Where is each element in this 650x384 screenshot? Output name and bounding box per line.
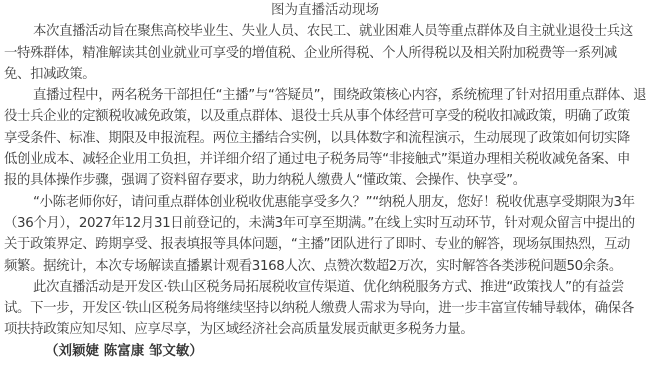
paragraph-process: 直播过程中，两名税务干部担任“主播”与“答疑员”，围绕政策核心内容，系统梳理了针… xyxy=(0,85,650,191)
paragraph-conclusion: 此次直播活动是开发区·铁山区税务局拓展税收宣传渠道、优化纳税服务方式、推进“政策… xyxy=(0,277,650,341)
text-line: 频繁。据统计，本次专场解读直播累计观看3168人次、点赞次数超2万次，实时解答各… xyxy=(0,256,650,277)
text-line: 一特殊群体，精准解读其创业就业可享受的增值税、企业所得税、个人所得税以及相关附加… xyxy=(0,43,650,64)
text-line: 役士兵企业的定额税收减免政策，以及重点群体、退役士兵从事个体经营可享受的税收扣减… xyxy=(0,106,650,127)
text-line: 报的具体操作步骤，强调了资料留存要求，助力纳税人缴费人“懂政策、会操作、快享受”… xyxy=(0,170,650,191)
article-body: 图为直播活动现场 本次直播活动旨在聚焦高校毕业生、失业人员、农民工、就业困难人员… xyxy=(0,0,650,362)
paragraph-intro: 本次直播活动旨在聚焦高校毕业生、失业人员、农民工、就业困难人员等重点群体及自主就… xyxy=(0,21,650,85)
image-caption: 图为直播活动现场 xyxy=(0,0,650,21)
text-line: 免、扣减政策。 xyxy=(0,64,650,85)
text-line: 低创业成本、减轻企业用工负担，并详细介绍了通过电子税务局等“非接触式”渠道办理相… xyxy=(0,149,650,170)
text-line: 关于政策界定、跨期享受、报表填报等具体问题，“主播”团队进行了即时、专业的解答，… xyxy=(0,234,650,255)
text-line: 项扶持政策应知尽知、应享尽享，为区域经济社会高质量发展贡献更多税务力量。 xyxy=(0,319,650,340)
text-line: 直播过程中，两名税务干部担任“主播”与“答疑员”，围绕政策核心内容，系统梳理了针… xyxy=(0,85,650,106)
text-line: 享受条件、标准、期限及申报流程。两位主播结合实例，以具体数字和流程演示，生动展现… xyxy=(0,128,650,149)
text-line: （36个月），2027年12月31日前登记的，未满3年可享至期满。”在线上实时互… xyxy=(0,213,650,234)
author-byline: （刘颖婕 陈富康 邹文敏） xyxy=(0,341,650,362)
paragraph-interaction: “小陈老师你好，请问重点群体创业税收优惠能享受多久？”“纳税人朋友，您好！税收优… xyxy=(0,192,650,277)
text-line: “小陈老师你好，请问重点群体创业税收优惠能享受多久？”“纳税人朋友，您好！税收优… xyxy=(0,192,650,213)
text-line: 试。下一步，开发区·铁山区税务局将继续坚持以纳税人缴费人需求为导向，进一步丰富宣… xyxy=(0,298,650,319)
text-line: 此次直播活动是开发区·铁山区税务局拓展税收宣传渠道、优化纳税服务方式、推进“政策… xyxy=(0,277,650,298)
text-line: 本次直播活动旨在聚焦高校毕业生、失业人员、农民工、就业困难人员等重点群体及自主就… xyxy=(0,21,650,42)
